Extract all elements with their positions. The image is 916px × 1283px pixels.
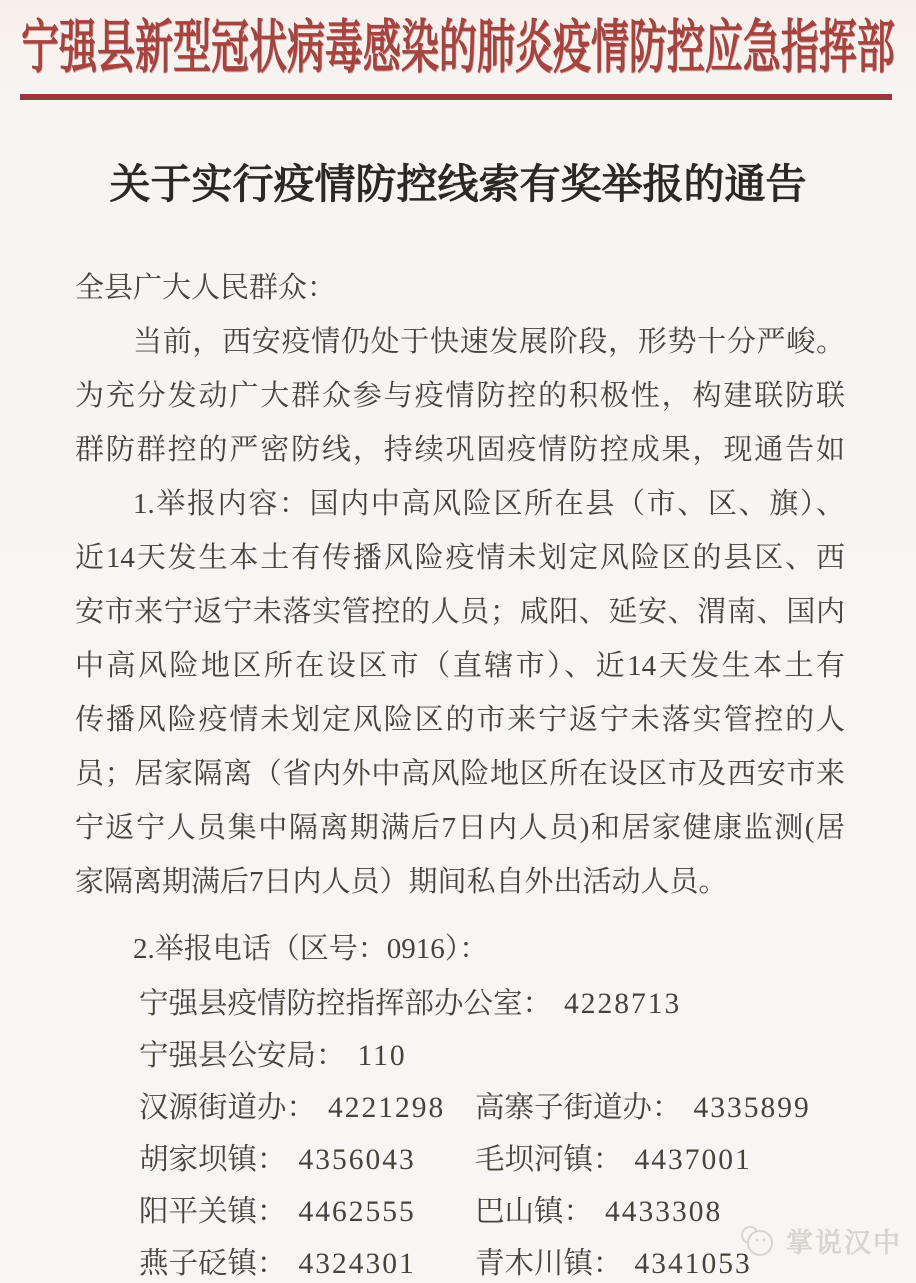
- document-header: 宁强县新型冠状病毒感染的肺炎疫情防控应急指挥部: [0, 0, 916, 107]
- phone-label: 宁强县公安局：: [139, 1040, 346, 1072]
- document-body: 全县广大人民群众： 当前，西安疫情仍处于快速发展阶段，形势十分严峻。 为充分发动…: [75, 261, 845, 1283]
- phone-number: 4341053: [623, 1248, 752, 1280]
- phone-number: 4433308: [593, 1196, 722, 1228]
- phone-label: 宁强县疫情防控指挥部办公室：: [139, 988, 552, 1020]
- header-divider: [20, 94, 892, 100]
- phone-number: 4324301: [287, 1248, 416, 1280]
- phone-number: 4462555: [287, 1196, 416, 1228]
- phone-label: 巴山镇：: [475, 1196, 593, 1228]
- phone-label: 毛坝河镇：: [475, 1144, 623, 1176]
- phone-number: 4228713: [552, 988, 681, 1020]
- report-phone-heading: 2.举报电话（区号：0916）：: [75, 922, 845, 976]
- watermark: 掌说汉中: [738, 1221, 902, 1260]
- body-line: 为充分发动广大群众参与疫情防控的积极性，构建联防联控、: [75, 369, 845, 423]
- phone-number: 4356043: [287, 1144, 416, 1176]
- phone-number: 110: [346, 1040, 407, 1072]
- body-line: 员；居家隔离（省内外中高风险地区所在设区市及西安市来: [75, 747, 845, 801]
- body-line: 安市来宁返宁未落实管控的人员；咸阳、延安、渭南、国内: [75, 585, 845, 639]
- body-line: 近14天发生本土有传播风险疫情未划定风险区的县区、西: [75, 531, 845, 585]
- phone-entry-town: 汉源街道办：4221298: [139, 1082, 475, 1134]
- watermark-text: 掌说汉中: [786, 1221, 902, 1260]
- body-line: 当前，西安疫情仍处于快速发展阶段，形势十分严峻。: [75, 315, 845, 369]
- phone-label: 阳平关镇：: [139, 1196, 287, 1228]
- watermark-logo-icon: [738, 1224, 778, 1258]
- phone-number: 4221298: [316, 1092, 445, 1124]
- phone-entry-command-office: 宁强县疫情防控指挥部办公室：4228713: [139, 978, 845, 1030]
- scanned-notice-page: 宁强县新型冠状病毒感染的肺炎疫情防控应急指挥部 关于实行疫情防控线索有奖举报的通…: [0, 0, 916, 1283]
- body-line: 传播风险疫情未划定风险区的市来宁返宁未落实管控的人: [75, 693, 845, 747]
- salutation-line: 全县广大人民群众：: [75, 261, 845, 315]
- body-line: 中高风险地区所在设区市（直辖市）、近14天发生本土有: [75, 639, 845, 693]
- phone-entry-town: 燕子砭镇：4324301: [139, 1238, 475, 1283]
- phone-entry-town: 阳平关镇：4462555: [139, 1186, 475, 1238]
- phone-label: 燕子砭镇：: [139, 1248, 287, 1280]
- phone-entry-town: 高寨子街道办：4335899: [475, 1082, 845, 1134]
- header-org-name: 宁强县新型冠状病毒感染的肺炎疫情防控应急指挥部: [21, 16, 895, 80]
- phone-label: 汉源街道办：: [139, 1092, 316, 1124]
- body-line: 宁返宁人员集中隔离期满后7日内人员)和居家健康监测(居: [75, 801, 845, 855]
- phone-entry-police: 宁强县公安局：110: [139, 1030, 845, 1082]
- body-line: 1.举报内容：国内中高风险区所在县（市、区、旗）、: [75, 477, 845, 531]
- phone-number: 4335899: [682, 1092, 811, 1124]
- phone-label: 高寨子街道办：: [475, 1092, 682, 1124]
- phone-entry-town: 毛坝河镇：4437001: [475, 1134, 845, 1186]
- phone-label: 青木川镇：: [475, 1248, 623, 1280]
- page-title: 关于实行疫情防控线索有奖举报的通告: [0, 159, 916, 209]
- body-line: 家隔离期满后7日内人员）期间私自外出活动人员。: [75, 855, 845, 909]
- phone-number: 4437001: [623, 1144, 752, 1176]
- phone-entry-town: 胡家坝镇：4356043: [139, 1134, 475, 1186]
- body-line: 群防群控的严密防线，持续巩固疫情防控成果，现通告如下：: [75, 423, 845, 477]
- phone-label: 胡家坝镇：: [139, 1144, 287, 1176]
- phone-directory: 宁强县疫情防控指挥部办公室：4228713 宁强县公安局：110 汉源街道办：4…: [75, 978, 845, 1283]
